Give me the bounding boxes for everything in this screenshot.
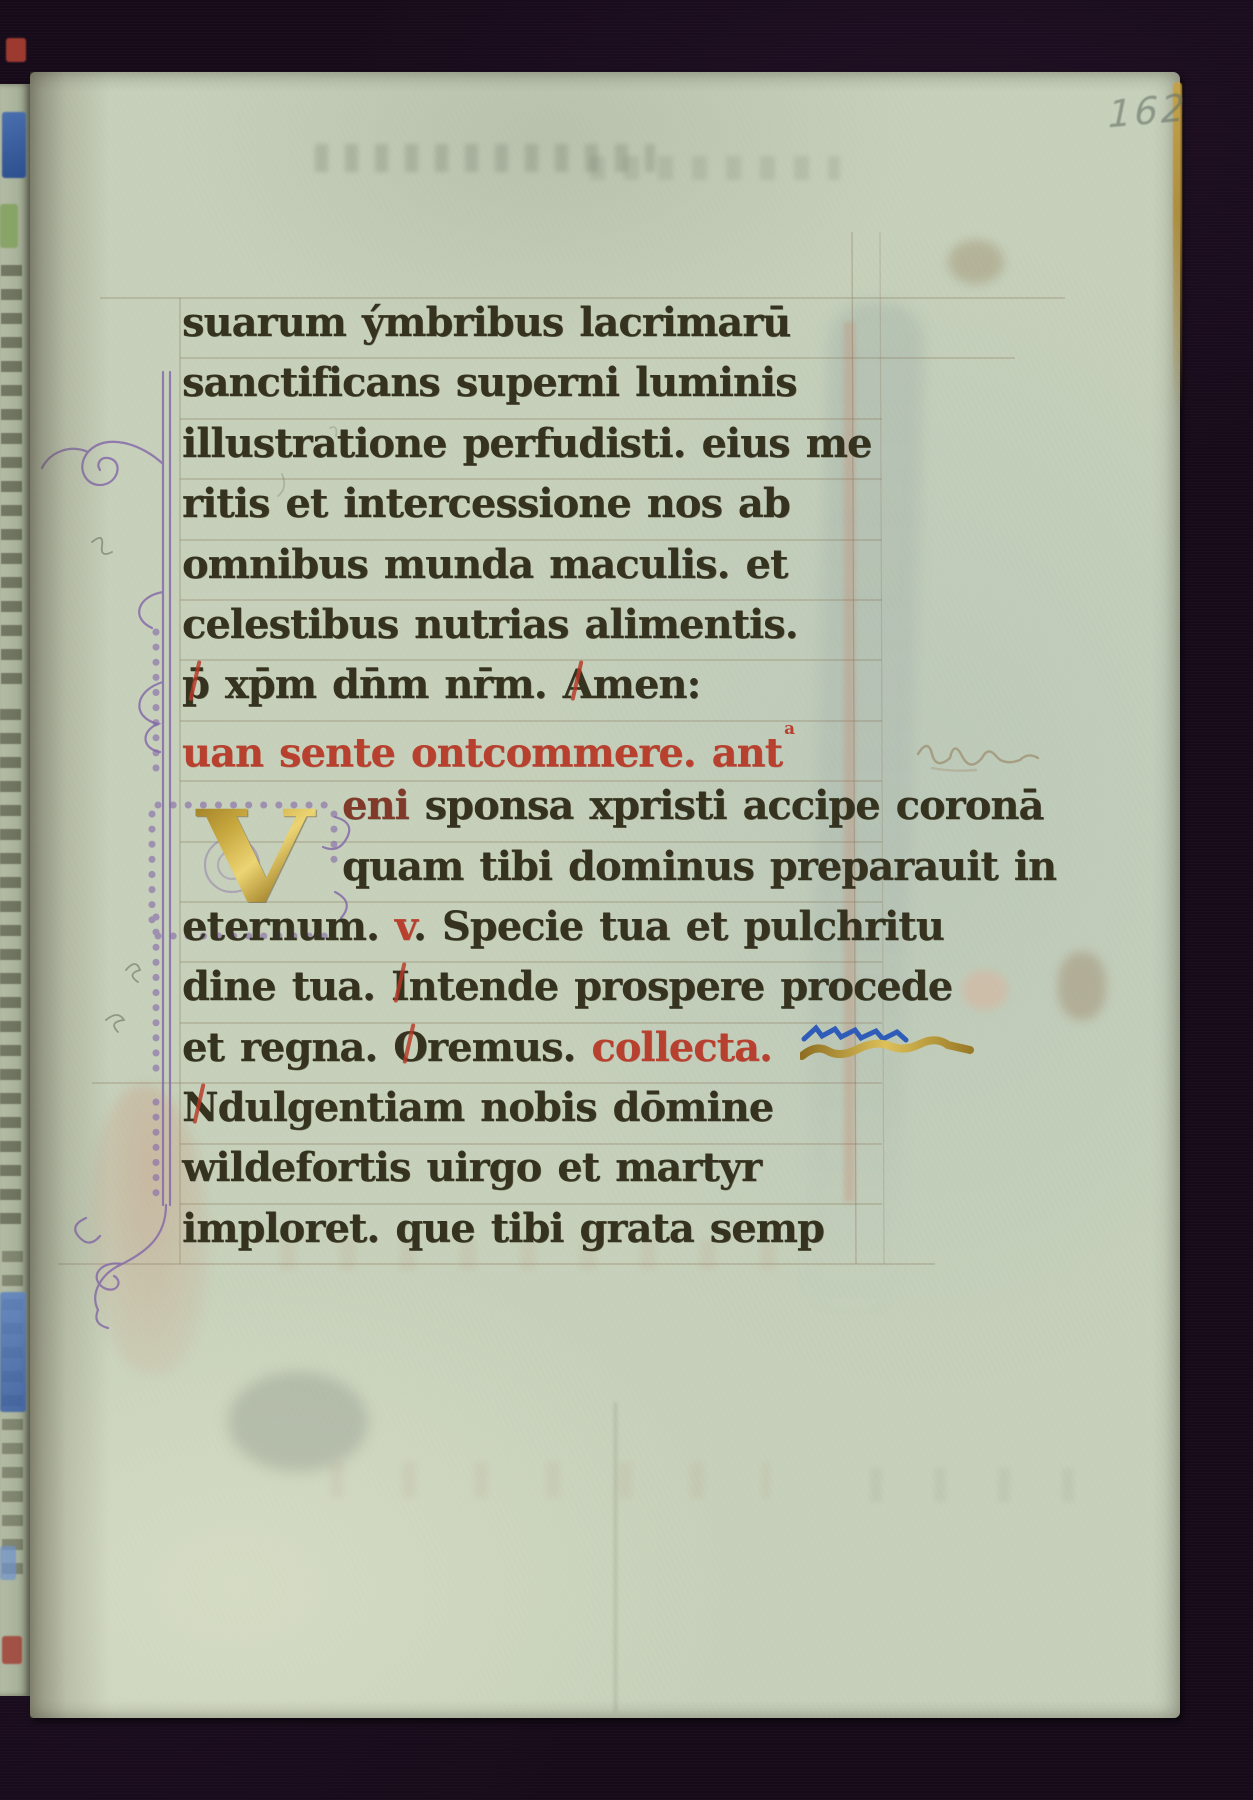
photographed-manuscript: 162 suarum ýmbribus lacrimarūsanctifican… — [0, 0, 1253, 1800]
manuscript-page: 162 suarum ýmbribus lacrimarūsanctifican… — [30, 72, 1180, 1718]
filler-blue-squiggle — [804, 1028, 906, 1040]
folio-number: 162 — [1108, 86, 1188, 136]
body-text: men: — [593, 661, 701, 708]
grey-smudge — [228, 1372, 368, 1472]
body-text: dulgentiam nobis dōmine — [218, 1084, 774, 1131]
manuscript-text-line: uan sente ontcommere. anta — [182, 716, 922, 776]
ghost-text-offset — [315, 144, 655, 172]
facing-page-blue-fragment — [0, 1292, 26, 1412]
body-text: sanctificans superni luminis — [182, 359, 797, 406]
brown-smudge — [1058, 952, 1106, 1020]
manuscript-text-line: p̄ xp̄m dn̄m nr̄m. Amen: — [182, 655, 922, 715]
body-text: A — [563, 655, 593, 715]
facing-page-green-fragment — [0, 204, 18, 248]
illuminated-initial: V — [162, 790, 348, 932]
manuscript-text-line: dine tua. Intende prospere procede — [182, 957, 922, 1017]
rubric-text: v — [395, 903, 413, 950]
body-text: et regna. — [182, 1024, 393, 1071]
body-text: xp̄m dn̄m nr̄m. — [209, 661, 563, 708]
text-block: suarum ýmbribus lacrimarūsanctificans su… — [182, 293, 922, 1259]
body-text: illustratione perfudisti. eius me — [182, 420, 871, 467]
body-text: celestibus nutrias alimentis. — [182, 601, 798, 648]
facing-page-text-shadow — [0, 704, 21, 1224]
ghost-text-offset — [330, 1462, 770, 1498]
body-text: N — [182, 1078, 218, 1138]
body-text: eni — [342, 782, 409, 829]
manuscript-text-line: et regna. Oremus. collecta. — [182, 1018, 922, 1078]
manuscript-text-line: wildefortis uirgo et martyr — [182, 1138, 922, 1198]
manuscript-text-line: celestibus nutrias alimentis. — [182, 595, 922, 655]
facing-page-edge — [0, 84, 30, 1696]
body-text: dine tua. — [182, 963, 391, 1010]
body-text: omnibus munda maculis. et — [182, 541, 787, 588]
filler-gold-squiggle — [802, 1040, 970, 1056]
rubric-text: uan sente ontcommere. ant — [182, 729, 782, 776]
marginal-inscription — [918, 746, 1038, 771]
body-text: p̄ — [182, 655, 209, 715]
manuscript-text-line: ritis et intercessione nos ab — [182, 474, 922, 534]
body-text: O — [393, 1018, 427, 1078]
rubric-text: collecta. — [591, 1024, 772, 1071]
facing-page-blue-fragment — [2, 112, 26, 178]
facing-page-red-fragment — [2, 1636, 22, 1664]
line-filler-ornament — [800, 1023, 978, 1069]
gilt-fore-edge — [1173, 82, 1182, 412]
body-text: wildefortis uirgo et martyr — [182, 1144, 761, 1191]
body-text: . Specie tua et pulchritu — [413, 903, 944, 950]
body-text: sponsa xpristi accipe coronā — [409, 782, 1044, 829]
pale-pink-smudge — [962, 970, 1008, 1010]
body-text: imploret. que tibi grata semp — [182, 1205, 824, 1252]
manuscript-text-line: imploret. que tibi grata semp — [182, 1199, 922, 1259]
ghost-text-offset — [870, 1468, 1090, 1502]
brown-smudge — [948, 240, 1004, 284]
manuscript-text-line: illustratione perfudisti. eius me — [182, 414, 922, 474]
body-text: ritis et intercessione nos ab — [182, 480, 790, 527]
abbreviation-mark: a — [784, 718, 794, 738]
manuscript-text-line: suarum ýmbribus lacrimarū — [182, 293, 922, 353]
facing-page-text-shadow — [1, 254, 22, 684]
gutter-shadow — [30, 72, 110, 1718]
body-text: suarum ýmbribus lacrimarū — [182, 299, 790, 346]
manuscript-text-line: Ndulgentiam nobis dōmine — [182, 1078, 922, 1138]
body-text: quam tibi dominus preparauit in — [342, 843, 1056, 890]
facing-page-blue-fragment — [0, 1546, 16, 1580]
body-text: ntende prospere procede — [409, 963, 953, 1010]
crease-line — [614, 1402, 617, 1712]
facing-page-red-fragment — [6, 38, 26, 62]
body-text: remus. — [427, 1024, 591, 1071]
manuscript-text-line: sanctificans superni luminis — [182, 353, 922, 413]
ghost-text-offset — [590, 156, 840, 180]
manuscript-text-line: omnibus munda maculis. et — [182, 535, 922, 595]
body-text: I — [391, 957, 409, 1017]
